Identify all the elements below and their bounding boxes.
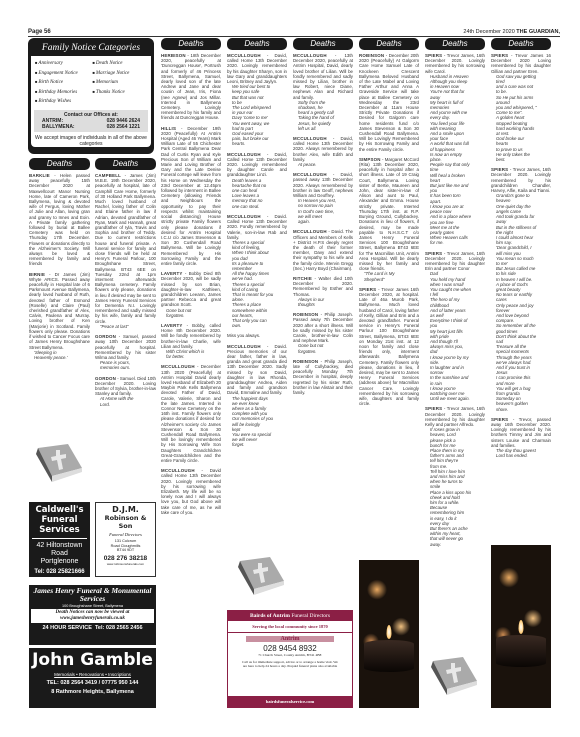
notice-signoff: Miss you always. — [227, 333, 287, 338]
accept-images-note: We accept images of individuals in all o… — [35, 135, 147, 147]
djm-name: D.J.M. — [98, 505, 153, 514]
notices-column-5: MCCULLOUGH - 13th December 2020, peacefu… — [293, 53, 353, 553]
john-gamble-name: John Gamble — [31, 650, 154, 670]
djm-website[interactable]: www.robinsonsfunerals.com — [98, 562, 153, 566]
notice-text: - December 20th 2020 (Peacefully) At Gal… — [359, 53, 419, 152]
james-henry-service: 24 HOUR SERVICE — [42, 625, 91, 631]
caldwells-address: 42 Hiltonstown Road Portglenone — [32, 542, 87, 566]
djm-subtitle: Funeral Directors — [98, 532, 153, 537]
contact-offices: Contact our Offices at: ANTRIM:028 9446 … — [34, 110, 148, 132]
notice-verse: Gone but not forgotten. — [293, 343, 353, 353]
death-notice: ROBINSON - December 20th 2020 (Peacefull… — [359, 53, 419, 152]
category-item: Birth Notice — [35, 78, 90, 88]
death-notice: RITCHIE - Walter died 10th December 2020… — [293, 276, 353, 307]
notice-verse: God saw you getting tired and a cure was… — [491, 74, 551, 162]
death-notice: HERBISON - 18th December 2020, peacefull… — [161, 53, 221, 121]
notice-verse: The day thou gavest Lord has ended. — [491, 448, 551, 458]
notice-text: - James (Jim) M.B.E. 19th December 2020,… — [95, 173, 156, 324]
bairds-title: Bairds of Antrim — [250, 613, 290, 619]
notice-text: - Bobby Died 8th December 2020, will be … — [161, 271, 221, 307]
notice-verse: Dad You held my hand when I was small Yo… — [425, 271, 485, 401]
caldwells-funeral-ad: Caldwell's Funeral Services 42 Hiltonsto… — [29, 502, 90, 577]
death-notice: ROBINSON - Philip Joseph. Passed away 7t… — [293, 312, 353, 354]
deaths-banner: Deaths — [161, 38, 221, 50]
office-name: BALLYMENA: — [42, 124, 75, 130]
death-notice: SPIERS - Trevor James 16th December 2020… — [359, 287, 419, 407]
notice-verse: Husband in Heaven Although you sleep in … — [425, 74, 485, 246]
death-notice: SIMPSON - Margaret McCord (Rita) 13th De… — [359, 157, 419, 282]
notice-verse: The happiest days we ever knew where as … — [227, 396, 287, 448]
candle-body — [364, 640, 414, 672]
death-notice: MCCULLOUGH - David. Precious memories of… — [227, 344, 287, 448]
deaths-banner: Deaths — [491, 38, 551, 50]
john-gamble-services: Memorials • Renovations • Inscriptions — [31, 672, 154, 677]
deaths-banner: Deaths — [293, 38, 353, 50]
category-item: Marriage Notice — [93, 69, 148, 79]
deaths-banner: Deaths — [95, 158, 156, 170]
page-number: Page 56 — [28, 29, 51, 35]
notice-text: - David. Precious memories of our dear f… — [227, 344, 287, 396]
death-notice: SPIERS - Trevor James, 16th December 202… — [425, 53, 485, 246]
notice-verse: 'Sleeping in Heavenly peace.' — [29, 350, 90, 360]
family-notice-categories-box: Family Notice Categories Anniversary Dea… — [28, 38, 154, 154]
notice-text: - David, called Home 13th December 2020.… — [227, 53, 287, 84]
bairds-phone: 028 9454 8932 — [228, 644, 352, 653]
death-notice: MCCULLOUGH - December 13th 2020 (Peacefu… — [161, 364, 221, 463]
candle-body — [496, 635, 546, 667]
james-henry-phone: Tel: 028 2565 2456 — [95, 625, 143, 631]
category-item: Memorium — [93, 78, 148, 88]
caldwells-phone: Tel: 028 25821666 — [32, 569, 87, 575]
bible-cross-icon — [232, 555, 287, 597]
notice-verse: At Home with the Lord. — [95, 396, 156, 406]
djm-phone: 028 276 38218 — [98, 555, 153, 562]
notice-verse: Always in our thoughts — [293, 297, 353, 307]
death-notice: MCCULLOUGH - David called Home 13th Dece… — [161, 468, 221, 515]
death-notice: MCCULLOUGH - David, passed away 13th Dec… — [293, 172, 353, 224]
death-notice: GORDON - Samuel. Died 10th December 2020… — [95, 376, 156, 407]
james-henry-notice[interactable]: Death Notices can now be viewed at www.j… — [31, 609, 154, 623]
notices-column-2: CAMPBELL - James (Jim) M.B.E. 19th Decem… — [95, 173, 156, 493]
notice-text: - Helen passed away peacefully 15th Dece… — [29, 173, 90, 266]
bairds-website[interactable]: bairdsfuneralservice.com — [228, 696, 352, 707]
bairds-of-antrim-ad: Bairds of Antrim Funeral Directors Servi… — [227, 610, 353, 708]
notice-text: - Philip Joseph. Passed away 7th Decembe… — [293, 312, 353, 343]
notices-column-8: SPIERS - Trevor James 16 December 2020 L… — [491, 53, 551, 543]
category-item: Engagement Notice — [35, 69, 90, 79]
category-item: Death Notice — [93, 59, 148, 69]
candle-photo — [359, 560, 419, 708]
bible-cross-icon — [30, 442, 85, 484]
deaths-banner: Deaths — [29, 158, 90, 170]
caldwells-name: Caldwell's Funeral Services — [32, 505, 87, 539]
john-gamble-address: 8 Rathmore Heights, Ballymena — [31, 689, 154, 695]
death-notice: MCCULLOUGH - 13th December 2020, peacefu… — [293, 53, 353, 131]
john-gamble-ad: John Gamble Memorials • Renovations • In… — [29, 648, 156, 708]
death-notice: GORDON - Samuel, passed away 10th Decemb… — [95, 334, 156, 370]
notice-verse: Peace is yours, memories ours. — [95, 360, 156, 370]
bairds-address: 71 Church Street, County Antrim, BT41 4B… — [228, 653, 352, 657]
death-notice: MCCULLOUGH - David, called Home 13th Dec… — [293, 136, 353, 167]
deaths-banner: Deaths — [359, 38, 419, 50]
notice-text: - Margaret McCord (Rita) 13th December 2… — [359, 157, 419, 271]
candle-flame-icon — [519, 620, 524, 634]
death-notice: MCCULLOUGH - David, called Home 13th Dec… — [227, 53, 287, 147]
notice-text: - Trevor, passed away 16th December 2020… — [491, 417, 551, 448]
notice-verse: We tried our best to keep you safe But t… — [227, 84, 287, 146]
djm-robinson-ad: D.J.M. Robinson & Son Funeral Directors … — [95, 502, 156, 577]
deaths-banner: Deaths — [425, 38, 485, 50]
candle-photo — [491, 545, 551, 708]
death-notice: SPIERS - Trevor James 16 December 2020 L… — [491, 53, 551, 162]
office-phone: 028 2564 1221 — [107, 124, 140, 130]
death-notice: BARKLIE - Helen passed away peacefully 1… — [29, 173, 90, 267]
death-notice: MCCULLOUGH - David. Called Home 13th Dec… — [227, 214, 287, 328]
death-notice: SPIERS - Trevor James, 16th December 202… — [425, 251, 485, 402]
notice-text: - Dr James (Jim) Whyte ARICS. Passed awa… — [29, 272, 90, 350]
notice-verse: Gone but not forgotten. — [161, 308, 221, 318]
header-rule — [28, 36, 560, 37]
notice-verse: With Christ which is far better. — [161, 349, 221, 359]
notice-text: - 13th December 2020, peacefully at Antr… — [293, 53, 353, 100]
deaths-banner: Deaths — [227, 38, 287, 50]
james-henry-ad: James Henry Funeral & Monumental Service… — [29, 585, 156, 645]
notice-verse: Theres a special kind of feeling, When I… — [227, 240, 287, 328]
category-item: Birthday Memories — [35, 88, 90, 98]
notice-verse: "Peace at last" — [95, 324, 156, 329]
notices-column-6: ROBINSON - December 20th 2020 (Peacefull… — [359, 53, 419, 568]
category-item: Anniversary — [35, 59, 90, 69]
notice-verse: At peace. — [293, 162, 353, 167]
page-dateline: 24th December 2020 THE GUARDIAN, — [463, 29, 560, 35]
notice-verse: "The Lord is My Shepherd" — [359, 271, 419, 281]
death-notice: MCCULLOUGH - David. The Officers and Mem… — [293, 229, 353, 271]
notices-column-4: MCCULLOUGH - David, called Home 13th Dec… — [227, 53, 287, 553]
death-notice: SPIERS - Trevor James, 16th December 202… — [425, 406, 485, 546]
category-item: Thanks Notice — [93, 88, 148, 98]
death-notice: BIRNIE - Dr James (Jim) Whyte ARICS. Pas… — [29, 272, 90, 360]
candle-flame-icon — [387, 625, 392, 639]
paper-name: THE GUARDIAN, — [516, 29, 560, 35]
bairds-tagline: Serving the local community since 1870 — [228, 624, 352, 633]
death-notice: ROBINSON - Philip Joseph, late of Cullyb… — [293, 359, 353, 395]
bairds-subtitle: Funeral Directors — [290, 613, 330, 619]
notice-text: - Trevor James 16th December 2020, at ho… — [359, 287, 419, 406]
notice-verse: In Heaven you rest, no sorrow no pain In… — [293, 198, 353, 224]
category-item: Birthday Wishes — [35, 97, 90, 107]
bible-cross-icon — [425, 655, 480, 697]
notice-text: - Philip Joseph, late of Cullybackey, di… — [293, 359, 353, 395]
bairds-body: Call us for immediate support, advice or… — [228, 660, 352, 669]
djm-address: 131 Culcrum Road Cloughmills BT44 9DT — [98, 539, 153, 553]
death-notice: CAMPBELL - James (Jim) M.B.E. 19th Decem… — [95, 173, 156, 329]
john-gamble-phone: TEL: 028 2564 3419 / 07775 950 144 — [31, 680, 154, 686]
death-notice: LAVERTY - Bobby Died 8th December 2020, … — [161, 271, 221, 318]
notices-column-1: BARKLIE - Helen passed away peacefully 1… — [29, 173, 90, 438]
notice-verse: If roses grow in heaven, Lord please pic… — [425, 427, 485, 547]
notice-text: - 18th December 2020, peacefully at 'Dun… — [161, 53, 221, 120]
notice-text: - David. The Officers and Members of Kel… — [293, 229, 353, 270]
notices-column-3: HERBISON - 18th December 2020, peacefull… — [161, 53, 221, 718]
notice-text: - December 19th 2020 (Peacefully) At Ant… — [161, 126, 221, 266]
death-notice: HILLIS - December 19th 2020 (Peacefully)… — [161, 126, 221, 266]
notice-verse: Death leaves a heartache that no one can… — [227, 178, 287, 209]
death-notice: LAVERTY - Bobby, called Home 8th Decembe… — [161, 323, 221, 359]
notice-verse: Softy from the shadows, he heard a gentl… — [293, 100, 353, 131]
death-notice: SPIERS - Trevor, passed away 16th Decemb… — [491, 417, 551, 459]
notice-text: - David called Home 13th December 2020. … — [161, 468, 221, 515]
categories-title: Family Notice Categories — [31, 43, 151, 53]
bairds-town: Antrim — [246, 636, 334, 642]
categories-list: Anniversary Death Notice Engagement Noti… — [35, 59, 147, 107]
issue-date: 24th December 2020 — [463, 29, 514, 35]
james-henry-address: 100 Broughshane Street, Ballymena — [31, 604, 154, 608]
notices-column-7: SPIERS - Trevor James, 16th December 202… — [425, 53, 485, 653]
djm-name-2: Robinson & Son — [98, 514, 153, 530]
death-notice: MCCULLOUGH - David, Called Home 13th Dec… — [227, 152, 287, 209]
death-notice: SPIERS - Trevor James, 16th December 202… — [491, 167, 551, 412]
james-henry-name: James Henry Funeral & Monumental Service… — [31, 587, 154, 603]
notice-text: - December 13th 2020 (Peacefully) at Ant… — [161, 364, 221, 463]
notice-verse: Granda's gone to heaven One quiet day th… — [491, 193, 551, 412]
